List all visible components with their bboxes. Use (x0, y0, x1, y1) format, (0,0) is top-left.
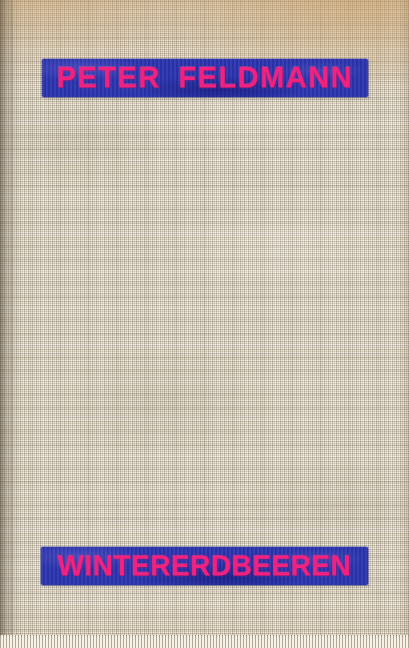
book-cover-photo: PETER FELDMANN WINTERERDBEEREN (0, 0, 409, 648)
title-label: WINTERERDBEEREN (58, 550, 352, 583)
title-bar: WINTERERDBEEREN (41, 547, 368, 585)
right-edge-shade (399, 0, 409, 648)
bottom-edge-fold (0, 635, 409, 648)
author-bar: PETER FELDMANN (42, 59, 368, 97)
author-label: PETER FELDMANN (57, 61, 353, 95)
spine-crease (11, 0, 14, 648)
